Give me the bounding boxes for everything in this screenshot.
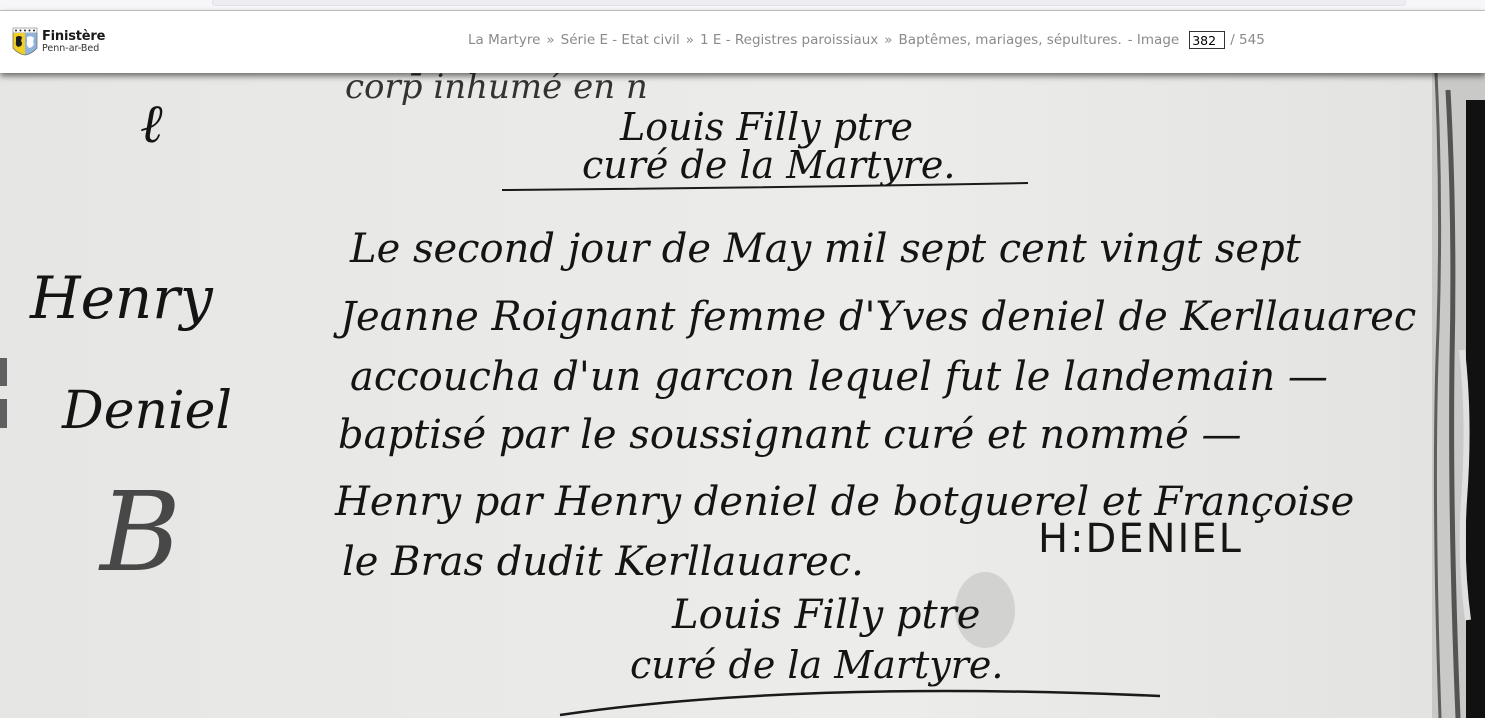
- next-image-tab[interactable]: [0, 399, 7, 428]
- finistere-coat-of-arms-icon: [12, 27, 38, 57]
- margin-henry: Henry: [29, 264, 214, 332]
- breadcrumb-la-martyre[interactable]: La Martyre: [468, 32, 540, 48]
- top-bar: [212, 0, 1406, 6]
- breadcrumb-separator: »: [884, 32, 892, 48]
- breadcrumb-serie-e[interactable]: Série E - Etat civil: [561, 32, 680, 48]
- doc-line-5: Jeanne Roignant femme d'Yves deniel de K…: [333, 294, 1416, 340]
- previous-image-tab[interactable]: [0, 358, 7, 386]
- signature-h-deniel: H:DENIEL: [1038, 516, 1243, 562]
- logo-title: Finistère: [42, 30, 105, 43]
- breadcrumb-separator: »: [686, 32, 694, 48]
- doc-line-7: baptisé par le soussignant curé et nommé…: [338, 412, 1242, 458]
- browser-top-strip: [0, 0, 1485, 11]
- doc-line-1: corp̄ inhumé en n: [345, 73, 648, 107]
- doc-line-4: Le second jour de May mil sept cent ving…: [349, 226, 1302, 272]
- breadcrumb: La Martyre » Série E - Etat civil » 1 E …: [468, 30, 1265, 50]
- doc-line-10: Louis Filly ptre: [671, 592, 980, 638]
- doc-line-9: le Bras dudit Kerllauarec.: [342, 539, 864, 585]
- doc-line-11: curé de la Martyre.: [630, 643, 1003, 687]
- doc-line-3: curé de la Martyre.: [582, 143, 955, 187]
- image-label: - Image: [1128, 32, 1179, 48]
- breadcrumb-separator: »: [546, 32, 554, 48]
- margin-b: B: [98, 468, 181, 596]
- breadcrumb-registres-paroissiaux[interactable]: 1 E - Registres paroissiaux: [700, 32, 878, 48]
- image-number-input[interactable]: [1189, 31, 1225, 49]
- breadcrumb-current-register: Baptêmes, mariages, sépultures.: [899, 32, 1122, 48]
- margin-deniel: Deniel: [61, 381, 232, 441]
- image-total: / 545: [1230, 32, 1265, 48]
- site-header: Finistère Penn-ar-Bed La Martyre » Série…: [0, 11, 1485, 73]
- document-image-viewer[interactable]: corp̄ inhumé en n Louis Filly ptre curé …: [0, 73, 1485, 718]
- doc-line-6: accoucha d'un garcon lequel fut le lande…: [350, 354, 1328, 400]
- margin-top-mark: ℓ: [140, 92, 163, 155]
- logo-subtitle: Penn-ar-Bed: [42, 44, 105, 54]
- register-page-scan: corp̄ inhumé en n Louis Filly ptre curé …: [0, 73, 1485, 718]
- finistere-logo-link[interactable]: Finistère Penn-ar-Bed: [12, 27, 105, 57]
